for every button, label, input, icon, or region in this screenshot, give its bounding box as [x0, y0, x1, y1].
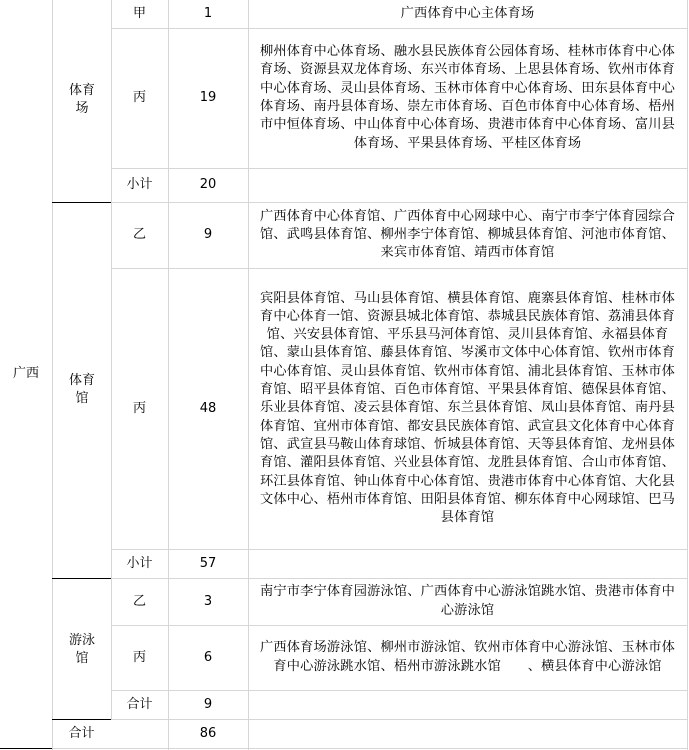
category-cell: 体育场 — [62, 80, 102, 120]
subtotal-label-cell: 小计 — [111, 168, 168, 202]
category-cell: 体育馆 — [62, 370, 102, 410]
count-value: 19 — [200, 89, 217, 107]
grade-cell: 丙 — [111, 268, 168, 549]
grade-label: 丙 — [133, 649, 146, 667]
venue-table: 广西 体育场 甲 1 广西体育中心主体育场 丙 19 柳州体育中心体育场、融水县… — [0, 0, 689, 750]
count-cell: 3 — [168, 578, 248, 625]
total-label: 合计 — [68, 725, 94, 743]
venues-text: 宾阳县体育馆、马山县体育馆、横县体育馆、鹿寨县体育馆、桂林市体育中心体育一馆、资… — [256, 290, 679, 528]
grade-label: 乙 — [133, 226, 146, 244]
section-divider — [52, 202, 111, 203]
venues-text: 南宁市李宁体育园游泳馆、广西体育中心游泳馆跳水馆、贵港市体育中心游泳馆 — [256, 583, 679, 620]
grade-label: 甲 — [133, 5, 146, 23]
section-divider — [0, 748, 52, 749]
grade-label: 丙 — [133, 89, 146, 107]
subtotal-label-cell: 合计 — [111, 690, 168, 719]
count-cell: 9 — [168, 202, 248, 268]
venues-text: 广西体育场游泳馆、柳州市游泳馆、钦州市体育中心游泳馆、玉林市体育中心游泳跳水馆、… — [256, 639, 679, 676]
count-cell: 6 — [168, 625, 248, 690]
section-divider — [52, 578, 111, 579]
total-cell: 86 — [168, 719, 248, 748]
venues-cell: 南宁市李宁体育园游泳馆、广西体育中心游泳馆跳水馆、贵港市体育中心游泳馆 — [252, 578, 683, 625]
grade-cell: 丙 — [111, 625, 168, 690]
col-divider — [248, 0, 249, 750]
count-value: 48 — [200, 400, 217, 418]
region-cell: 广西 — [0, 0, 52, 748]
grade-label: 丙 — [133, 400, 146, 418]
count-cell: 48 — [168, 268, 248, 549]
subtotal-value: 20 — [200, 176, 217, 194]
category-label: 体育馆 — [69, 372, 95, 408]
subtotal-cell: 20 — [168, 168, 248, 202]
venues-text: 广西体育中心体育馆、广西体育中心网球中心、南宁市李宁体育园综合馆、武鸣县体育馆、… — [256, 208, 679, 263]
count-value: 6 — [204, 649, 212, 667]
grade-cell: 乙 — [111, 202, 168, 268]
subtotal-value: 9 — [204, 696, 212, 714]
subtotal-label: 小计 — [126, 555, 152, 573]
count-value: 3 — [204, 593, 212, 611]
count-cell: 1 — [168, 0, 248, 28]
total-label-cell: 合计 — [52, 719, 111, 748]
subtotal-cell: 9 — [168, 690, 248, 719]
count-value: 1 — [204, 5, 212, 23]
row-divider — [52, 748, 688, 749]
grade-cell: 甲 — [111, 0, 168, 28]
grade-label: 乙 — [133, 593, 146, 611]
subtotal-value: 57 — [200, 555, 217, 573]
grade-cell: 丙 — [111, 28, 168, 168]
grade-cell: 乙 — [111, 578, 168, 625]
venues-cell: 宾阳县体育馆、马山县体育馆、横县体育馆、鹿寨县体育馆、桂林市体育中心体育一馆、资… — [252, 268, 683, 549]
venues-cell: 柳州体育中心体育场、融水县民族体育公园体育场、桂林市体育中心体育场、资源县双龙体… — [252, 28, 683, 168]
category-cell: 游泳馆 — [62, 630, 102, 670]
total-value: 86 — [200, 725, 217, 743]
venues-text: 广西体育中心主体育场 — [401, 5, 535, 23]
venues-text: 柳州体育中心体育场、融水县民族体育公园体育场、桂林市体育中心体育场、资源县双龙体… — [256, 43, 679, 153]
subtotal-label-cell: 小计 — [111, 549, 168, 578]
count-cell: 19 — [168, 28, 248, 168]
venues-cell: 广西体育中心主体育场 — [248, 0, 687, 28]
category-label: 体育场 — [69, 82, 95, 118]
count-value: 9 — [204, 226, 212, 244]
region-label: 广西 — [13, 365, 39, 383]
col-divider — [687, 0, 688, 750]
venues-cell: 广西体育场游泳馆、柳州市游泳馆、钦州市体育中心游泳馆、玉林市体育中心游泳跳水馆、… — [252, 625, 683, 690]
category-label: 游泳馆 — [69, 632, 95, 668]
venues-cell: 广西体育中心体育馆、广西体育中心网球中心、南宁市李宁体育园综合馆、武鸣县体育馆、… — [252, 202, 683, 268]
subtotal-label: 合计 — [126, 696, 152, 714]
col-divider — [52, 0, 53, 750]
subtotal-cell: 57 — [168, 549, 248, 578]
subtotal-label: 小计 — [126, 176, 152, 194]
